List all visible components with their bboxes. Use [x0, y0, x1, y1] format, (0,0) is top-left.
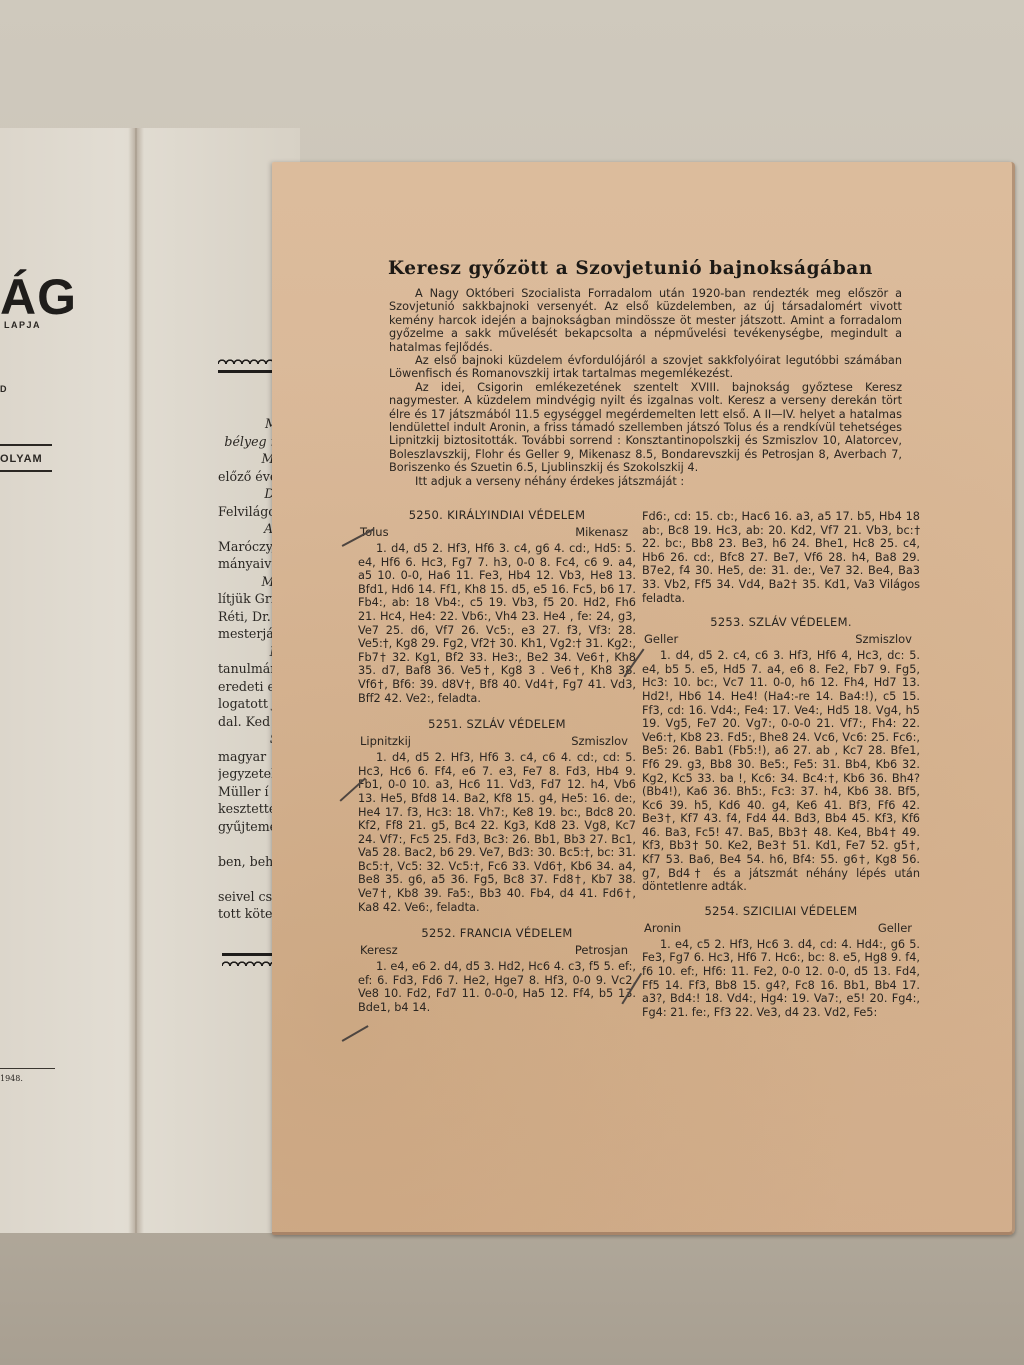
- game-5252-continued: Fd6:, cd: 15. cb:, Hac6 16. a3, a5 17. b…: [642, 510, 920, 605]
- game-5250: 5250. KIRÁLYINDIAI VÉDELEM Tolus Mikenas…: [358, 508, 636, 705]
- date-fragment: 1948.: [0, 1074, 23, 1083]
- article-title: Keresz győzött a Szovjetunió bajnokságáb…: [388, 258, 908, 279]
- masthead-subtitle-fragment: LAPJA: [4, 320, 41, 330]
- black-player: Geller: [878, 921, 912, 935]
- masthead-fragment: ÁG: [0, 268, 77, 326]
- article-intro: A Nagy Októberi Szocialista Forradalom u…: [389, 287, 902, 488]
- date-rule: [0, 1068, 55, 1069]
- volume-fragment: OLYAM: [0, 453, 43, 465]
- intro-paragraph: Az idei, Csigorin emlékezetének szentelt…: [389, 381, 902, 475]
- game-heading: 5252. FRANCIA VÉDELEM: [358, 926, 636, 940]
- masthead-rule-bottom: [0, 470, 52, 472]
- intro-paragraph: Az első bajnoki küzdelem évfordulójáról …: [389, 354, 902, 381]
- game-players: Aronin Geller: [642, 921, 920, 935]
- game-moves: 1. e4, c5 2. Hf3, Hc6 3. d4, cd: 4. Hd4:…: [642, 938, 920, 1020]
- game-moves: 1. d4, d5 2. c4, c6 3. Hf3, Hf6 4, Hc3, …: [642, 649, 920, 894]
- game-players: Keresz Petrosjan: [358, 943, 636, 957]
- white-player: Geller: [644, 632, 678, 646]
- game-moves: 1. d4, d5 2. Hf3, Hf6 3. c4, c6 4. cd:, …: [358, 751, 636, 914]
- game-5253: 5253. SZLÁV VÉDELEM. Geller Szmiszlov 1.…: [642, 615, 920, 894]
- game-moves: Fd6:, cd: 15. cb:, Hac6 16. a3, a5 17. b…: [642, 510, 920, 605]
- masthead-letter-fragment: D: [0, 384, 7, 394]
- white-player: Aronin: [644, 921, 681, 935]
- white-player: Lipnitzkij: [360, 734, 411, 748]
- game-heading: 5251. SZLÁV VÉDELEM: [358, 717, 636, 731]
- game-heading: 5250. KIRÁLYINDIAI VÉDELEM: [358, 508, 636, 522]
- game-moves: 1. e4, e6 2. d4, d5 3. Hd2, Hc6 4. c3, f…: [358, 960, 636, 1014]
- intro-paragraph: A Nagy Októberi Szocialista Forradalom u…: [389, 287, 902, 354]
- intro-paragraph: Itt adjuk a verseny néhány érdekes játsz…: [389, 475, 902, 488]
- spread-spine-fold: [128, 128, 144, 1233]
- game-players: Geller Szmiszlov: [642, 632, 920, 646]
- game-5254: 5254. SZICILIAI VÉDELEM Aronin Geller 1.…: [642, 904, 920, 1020]
- black-player: Petrosjan: [575, 943, 628, 957]
- white-player: Keresz: [360, 943, 398, 957]
- games-column-right: Fd6:, cd: 15. cb:, Hac6 16. a3, a5 17. b…: [642, 510, 920, 1029]
- black-player: Szmiszlov: [571, 734, 628, 748]
- masthead-rule-top: [0, 444, 52, 446]
- game-players: Tolus Mikenasz: [358, 525, 636, 539]
- games-column-left: 5250. KIRÁLYINDIAI VÉDELEM Tolus Mikenas…: [358, 508, 636, 1025]
- game-5252: 5252. FRANCIA VÉDELEM Keresz Petrosjan 1…: [358, 926, 636, 1014]
- black-player: Mikenasz: [575, 525, 628, 539]
- game-players: Lipnitzkij Szmiszlov: [358, 734, 636, 748]
- game-heading: 5253. SZLÁV VÉDELEM.: [642, 615, 920, 629]
- game-moves: 1. d4, d5 2. Hf3, Hf6 3. c4, g6 4. cd:, …: [358, 542, 636, 705]
- game-heading: 5254. SZICILIAI VÉDELEM: [642, 904, 920, 918]
- game-5251: 5251. SZLÁV VÉDELEM Lipnitzkij Szmiszlov…: [358, 717, 636, 914]
- black-player: Szmiszlov: [855, 632, 912, 646]
